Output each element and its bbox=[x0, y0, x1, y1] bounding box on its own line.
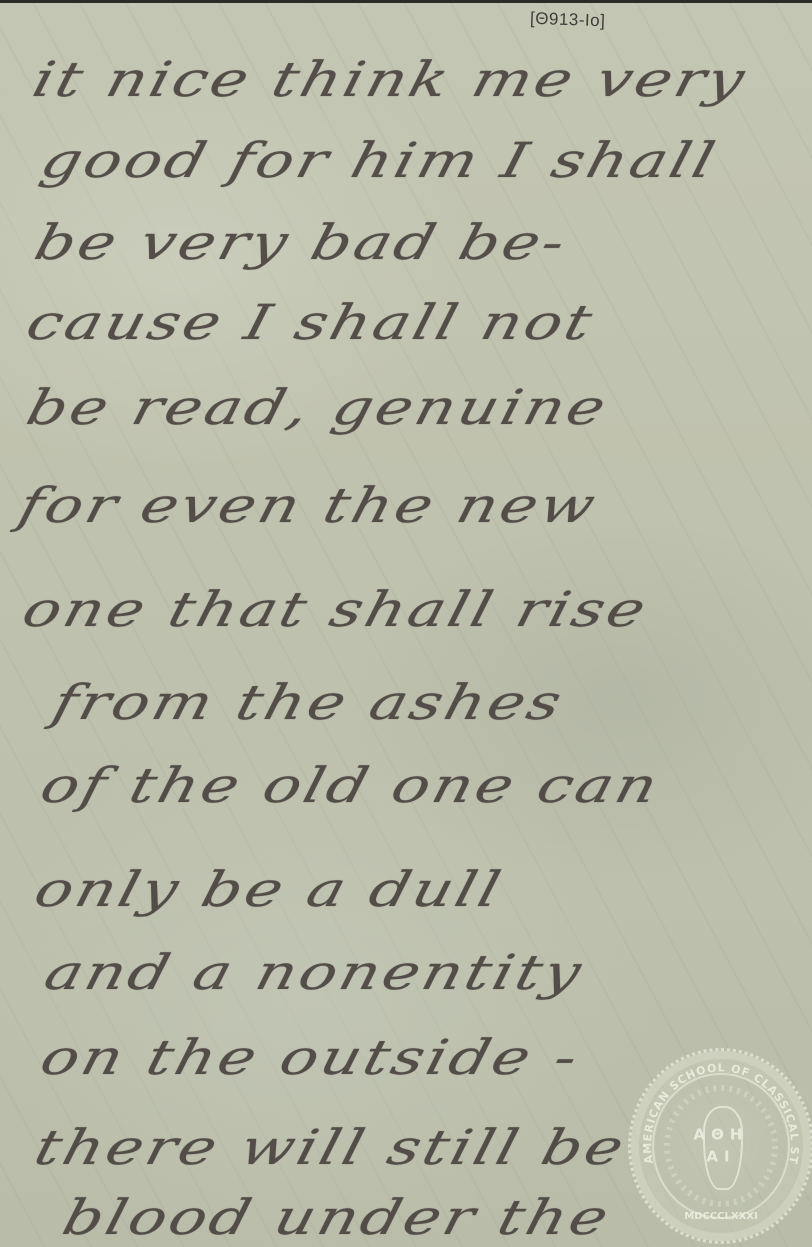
text-line: only be a dull bbox=[30, 866, 508, 914]
text-line: be very bad be- bbox=[30, 219, 573, 267]
text-line: one that shall rise bbox=[18, 586, 653, 634]
seal-center-text: ΑΘΗ ΑΙ bbox=[694, 1124, 749, 1168]
text-line: good for him I shall bbox=[36, 137, 722, 185]
seal-year: MDCCCLXXXI bbox=[684, 1211, 758, 1222]
text-line: for even the new bbox=[14, 482, 603, 530]
text-line: on the outside - bbox=[36, 1034, 585, 1082]
letter-page: [Θ913-Ιο] it nice think me very good for… bbox=[0, 0, 812, 1247]
text-line: and a nonentity bbox=[40, 949, 589, 997]
text-line: from the ashes bbox=[48, 679, 569, 727]
text-line: cause I shall not bbox=[22, 299, 599, 347]
text-line: blood under the bbox=[58, 1194, 616, 1242]
text-line: it nice think me very bbox=[28, 56, 752, 104]
text-line: be read, genuine bbox=[22, 384, 613, 432]
embossed-seal: AMERICAN SCHOOL OF CLASSICAL STUDIES AT … bbox=[628, 1048, 812, 1244]
seal-center-left: ΑΘΗ bbox=[694, 1125, 749, 1143]
seal-center-right: ΑΙ bbox=[706, 1147, 735, 1165]
text-line: there will still be bbox=[30, 1124, 631, 1172]
text-line: of the old one can bbox=[36, 762, 665, 810]
